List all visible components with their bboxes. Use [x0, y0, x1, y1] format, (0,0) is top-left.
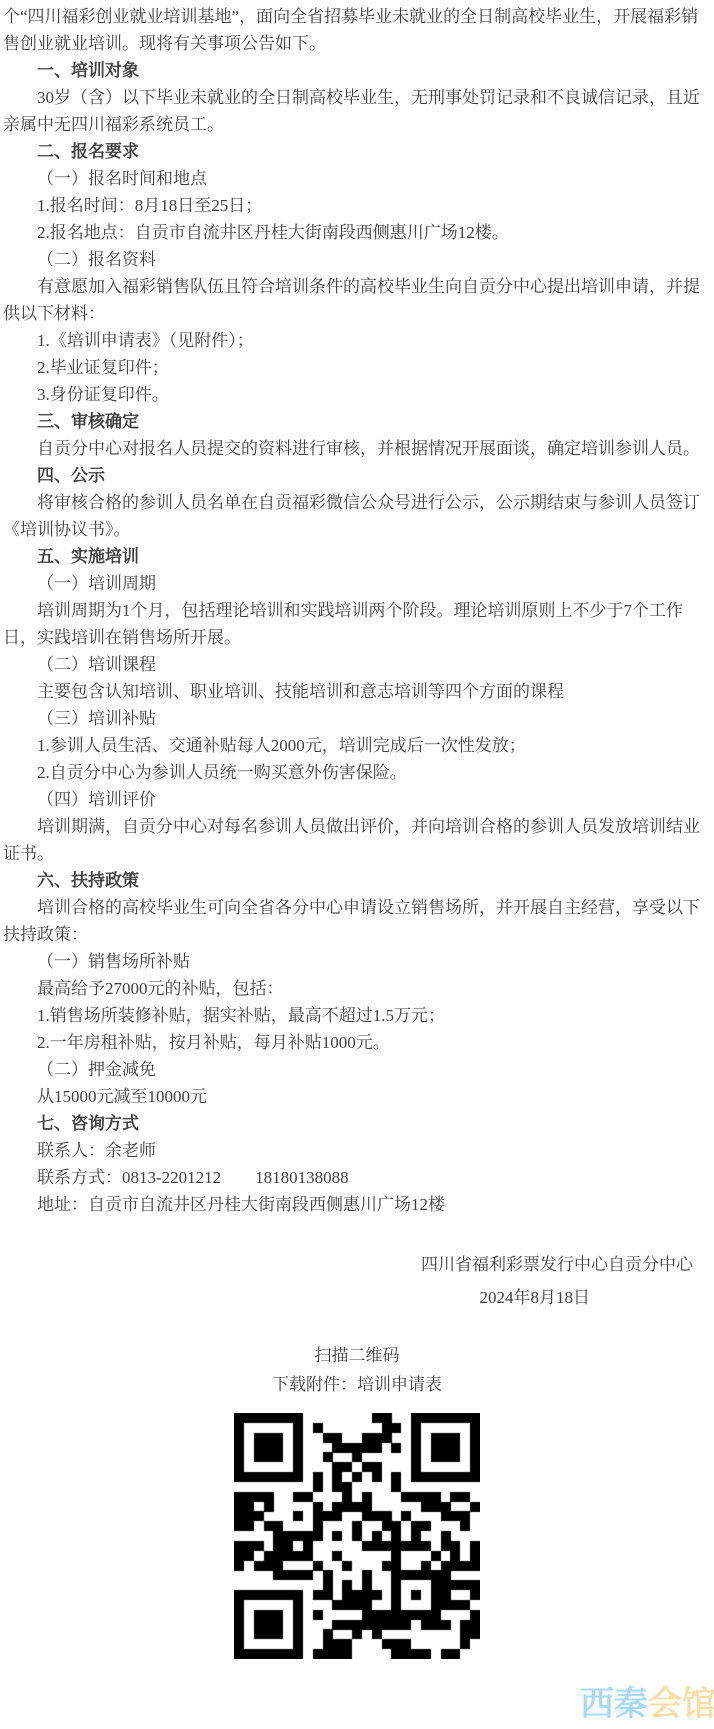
section-heading: 六、扶持政策: [3, 867, 710, 894]
sub-heading: （一）报名时间和地点: [3, 165, 710, 192]
watermark-logo: 西秦会馆: [580, 1686, 714, 1722]
document-body: 个“四川福彩创业就业培训基地”，面向全省招募毕业未就业的全日制高校毕业生，开展福…: [0, 0, 714, 1218]
section-heading: 二、报名要求: [3, 138, 710, 165]
list-item: 2.报名地点：自贡市自流井区丹桂大街南段西侧惠川广场12楼。: [3, 219, 710, 246]
section-heading: 七、咨询方式: [3, 1110, 710, 1137]
download-attachment-label: 下载附件：培训申请表: [0, 1370, 714, 1399]
paragraph: 有意愿加入福彩销售队伍且符合培训条件的高校毕业生向自贡分中心提出培训申请，并提供…: [3, 273, 710, 327]
watermark-text-blue: 西秦: [580, 1685, 648, 1723]
paragraph: 30岁（含）以下毕业未就业的全日制高校毕业生，无刑事处罚记录和不良诚信记录，且近…: [3, 84, 710, 138]
paragraph: 个“四川福彩创业就业培训基地”，面向全省招募毕业未就业的全日制高校毕业生，开展福…: [3, 3, 710, 57]
signature-date: 2024年8月18日: [0, 1284, 714, 1311]
list-item: 3.身份证复印件。: [3, 381, 710, 408]
qr-code-icon: [234, 1413, 480, 1659]
list-item: 1.报名时间：8月18日至25日；: [3, 192, 710, 219]
list-item: 1.参训人员生活、交通补贴每人2000元，培训完成后一次性发放；: [3, 732, 710, 759]
sub-heading: （二）培训课程: [3, 651, 710, 678]
section-heading: 三、审核确定: [3, 408, 710, 435]
paragraph: 培训周期为1个月，包括理论培训和实践培训两个阶段。理论培训原则上不少于7个工作日…: [3, 597, 710, 651]
list-item: 2.毕业证复印件；: [3, 354, 710, 381]
sub-heading: （四）培训评价: [3, 786, 710, 813]
qr-caption: 扫描二维码 下载附件：培训申请表: [0, 1341, 714, 1399]
section-heading: 四、公示: [3, 462, 710, 489]
paragraph: 地址：自贡市自流井区丹桂大街南段西侧惠川广场12楼: [3, 1191, 710, 1218]
paragraph: 培训合格的高校毕业生可向全省各分中心申请设立销售场所，并开展自主经营，享受以下扶…: [3, 894, 710, 948]
sub-heading: （二）押金减免: [3, 1056, 710, 1083]
section-heading: 一、培训对象: [3, 57, 710, 84]
paragraph: 自贡分中心对报名人员提交的资料进行审核，并根据情况开展面谈，确定培训参训人员。: [3, 435, 710, 462]
sub-heading: （三）培训补贴: [3, 705, 710, 732]
paragraph: 培训期满，自贡分中心对每名参训人员做出评价，并向培训合格的参训人员发放培训结业证…: [3, 813, 710, 867]
paragraph: 将审核合格的参训人员名单在自贡福彩微信公众号进行公示，公示期结束与参训人员签订《…: [3, 489, 710, 543]
sub-heading: （二）报名资料: [3, 246, 710, 273]
paragraph: 最高给予27000元的补贴，包括：: [3, 975, 710, 1002]
watermark-text-orange: 会馆: [648, 1685, 714, 1723]
list-item: 1.《培训申请表》（见附件）；: [3, 327, 710, 354]
sub-heading: （一）培训周期: [3, 570, 710, 597]
scan-qr-label: 扫描二维码: [0, 1341, 714, 1370]
announcement-document: 个“四川福彩创业就业培训基地”，面向全省招募毕业未就业的全日制高校毕业生，开展福…: [0, 0, 714, 1729]
list-item: 1.销售场所装修补贴，据实补贴，最高不超过1.5万元；: [3, 1002, 710, 1029]
paragraph: 从15000元减至10000元: [3, 1083, 710, 1110]
section-heading: 五、实施培训: [3, 543, 710, 570]
list-item: 2.一年房租补贴，按月补贴，每月补贴1000元。: [3, 1029, 710, 1056]
paragraph: 联系方式：0813-2201212 18180138088: [3, 1164, 710, 1191]
paragraph: 主要包含认知培训、职业培训、技能培训和意志培训等四个方面的课程: [3, 678, 710, 705]
signature-organization: 四川省福利彩票发行中心自贡分中心: [0, 1251, 714, 1278]
paragraph: 联系人：余老师: [3, 1137, 710, 1164]
sub-heading: （一）销售场所补贴: [3, 948, 710, 975]
list-item: 2.自贡分中心为参训人员统一购买意外伤害保险。: [3, 759, 710, 786]
